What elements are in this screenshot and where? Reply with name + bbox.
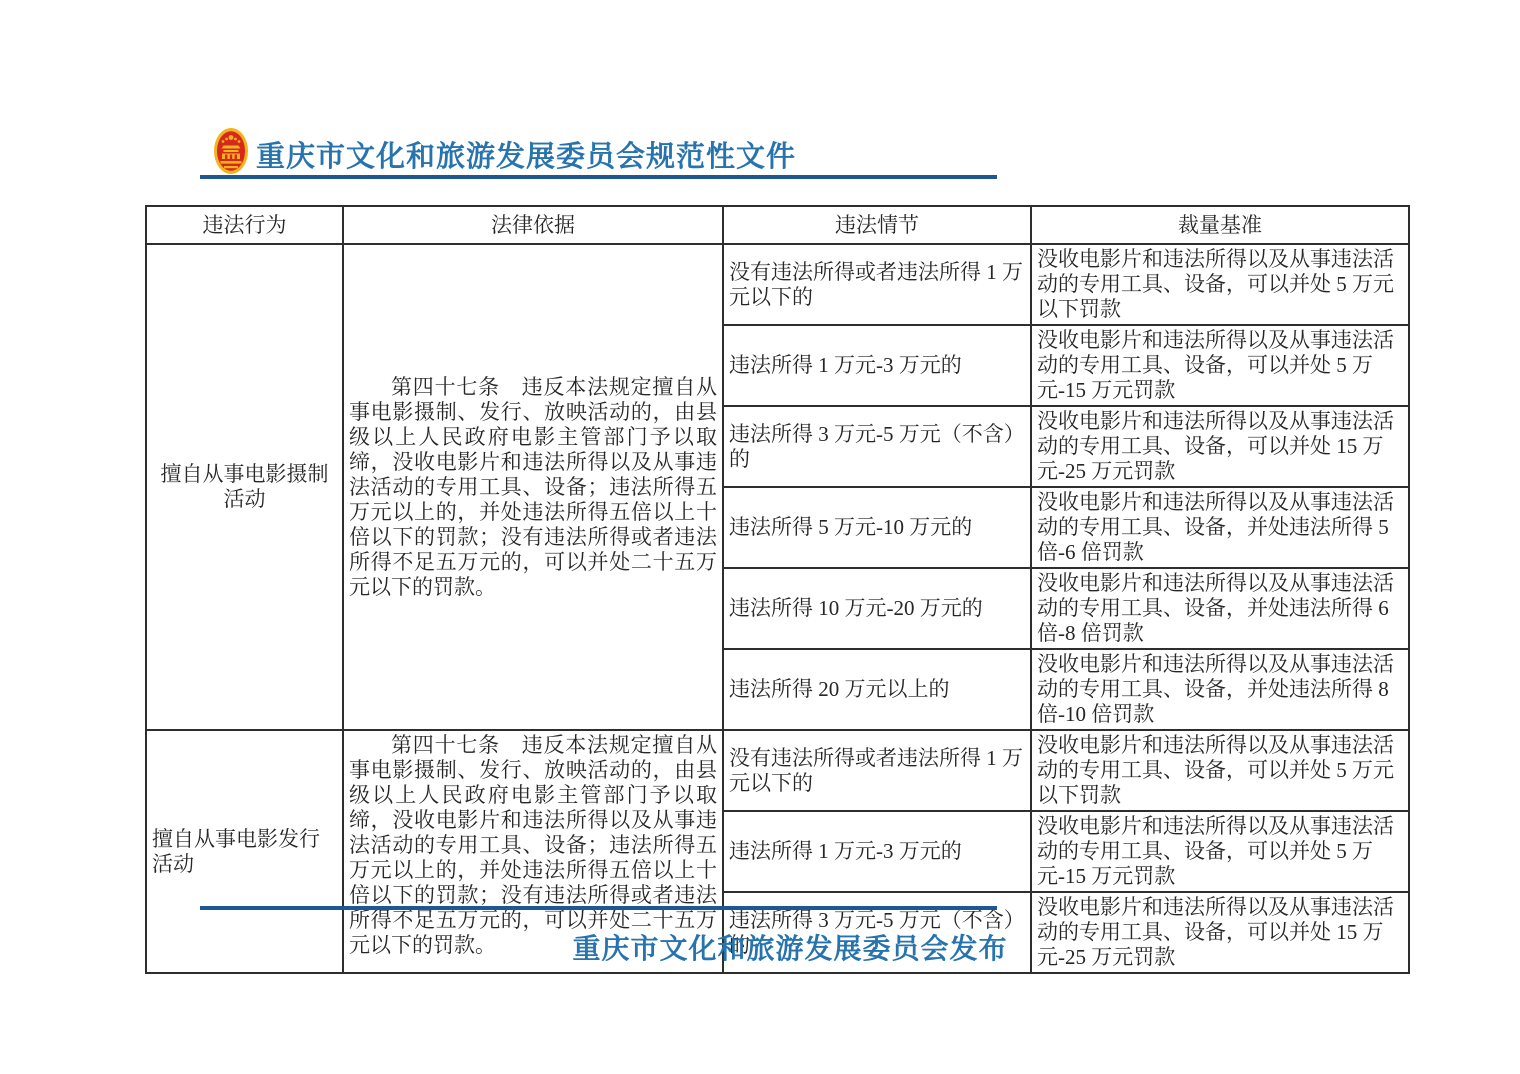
column-header-benchmark: 裁量基准 — [1031, 206, 1409, 244]
table-row: 擅自从事电影发行活动 第四十七条 违反本法规定擅自从事电影摄制、发行、放映活动的… — [146, 730, 1409, 811]
document-header: 重庆市文化和旅游发展委员会规范性文件 — [0, 0, 1520, 200]
benchmark-cell: 没收电影片和违法所得以及从事违法活动的专用工具、设备，可以并处 15 万元-25… — [1031, 406, 1409, 487]
legal-basis-text: 第四十七条 违反本法规定擅自从事电影摄制、发行、放映活动的，由县级以上人民政府电… — [349, 733, 717, 958]
benchmark-cell: 没收电影片和违法所得以及从事违法活动的专用工具、设备，可以并处 5 万元-15 … — [1031, 811, 1409, 892]
page-title: 重庆市文化和旅游发展委员会规范性文件 — [256, 134, 1156, 175]
footer-rule — [200, 906, 997, 910]
behavior-cell-filming: 擅自从事电影摄制活动 — [146, 244, 343, 730]
china-national-emblem-icon — [214, 128, 248, 174]
circumstance-cell: 违法所得 3 万元-5 万元（不含）的 — [723, 406, 1031, 487]
circumstance-cell: 违法所得 20 万元以上的 — [723, 649, 1031, 730]
legal-basis-cell-filming: 第四十七条 违反本法规定擅自从事电影摄制、发行、放映活动的，由县级以上人民政府电… — [343, 244, 723, 730]
benchmark-cell: 没收电影片和违法所得以及从事违法活动的专用工具、设备，并处违法所得 8 倍-10… — [1031, 649, 1409, 730]
benchmark-cell: 没收电影片和违法所得以及从事违法活动的专用工具、设备，可以并处 5 万元以下罚款 — [1031, 730, 1409, 811]
benchmark-cell: 没收电影片和违法所得以及从事违法活动的专用工具、设备，并处违法所得 6 倍-8 … — [1031, 568, 1409, 649]
benchmark-cell: 没收电影片和违法所得以及从事违法活动的专用工具、设备，并处违法所得 5 倍-6 … — [1031, 487, 1409, 568]
column-header-behavior: 违法行为 — [146, 206, 343, 244]
header-rule — [200, 175, 997, 179]
circumstance-cell: 违法所得 5 万元-10 万元的 — [723, 487, 1031, 568]
benchmark-cell: 没收电影片和违法所得以及从事违法活动的专用工具、设备，可以并处 5 万元-15 … — [1031, 325, 1409, 406]
publisher-line: 重庆市文化和旅游发展委员会发布 — [200, 927, 1380, 967]
circumstance-cell: 违法所得 1 万元-3 万元的 — [723, 325, 1031, 406]
legal-basis-text: 第四十七条 违反本法规定擅自从事电影摄制、发行、放映活动的，由县级以上人民政府电… — [349, 375, 717, 600]
benchmark-cell: 没收电影片和违法所得以及从事违法活动的专用工具、设备，可以并处 5 万元以下罚款 — [1031, 244, 1409, 325]
circumstance-cell: 没有违法所得或者违法所得 1 万元以下的 — [723, 244, 1031, 325]
circumstance-cell: 没有违法所得或者违法所得 1 万元以下的 — [723, 730, 1031, 811]
penalty-discretion-table: 违法行为 法律依据 违法情节 裁量基准 擅自从事电影摄制活动 第四十七条 违反本… — [145, 205, 1410, 974]
circumstance-cell: 违法所得 10 万元-20 万元的 — [723, 568, 1031, 649]
column-header-legal-basis: 法律依据 — [343, 206, 723, 244]
column-header-circumstance: 违法情节 — [723, 206, 1031, 244]
circumstance-cell: 违法所得 1 万元-3 万元的 — [723, 811, 1031, 892]
table-header-row: 违法行为 法律依据 违法情节 裁量基准 — [146, 206, 1409, 244]
table-row: 擅自从事电影摄制活动 第四十七条 违反本法规定擅自从事电影摄制、发行、放映活动的… — [146, 244, 1409, 325]
